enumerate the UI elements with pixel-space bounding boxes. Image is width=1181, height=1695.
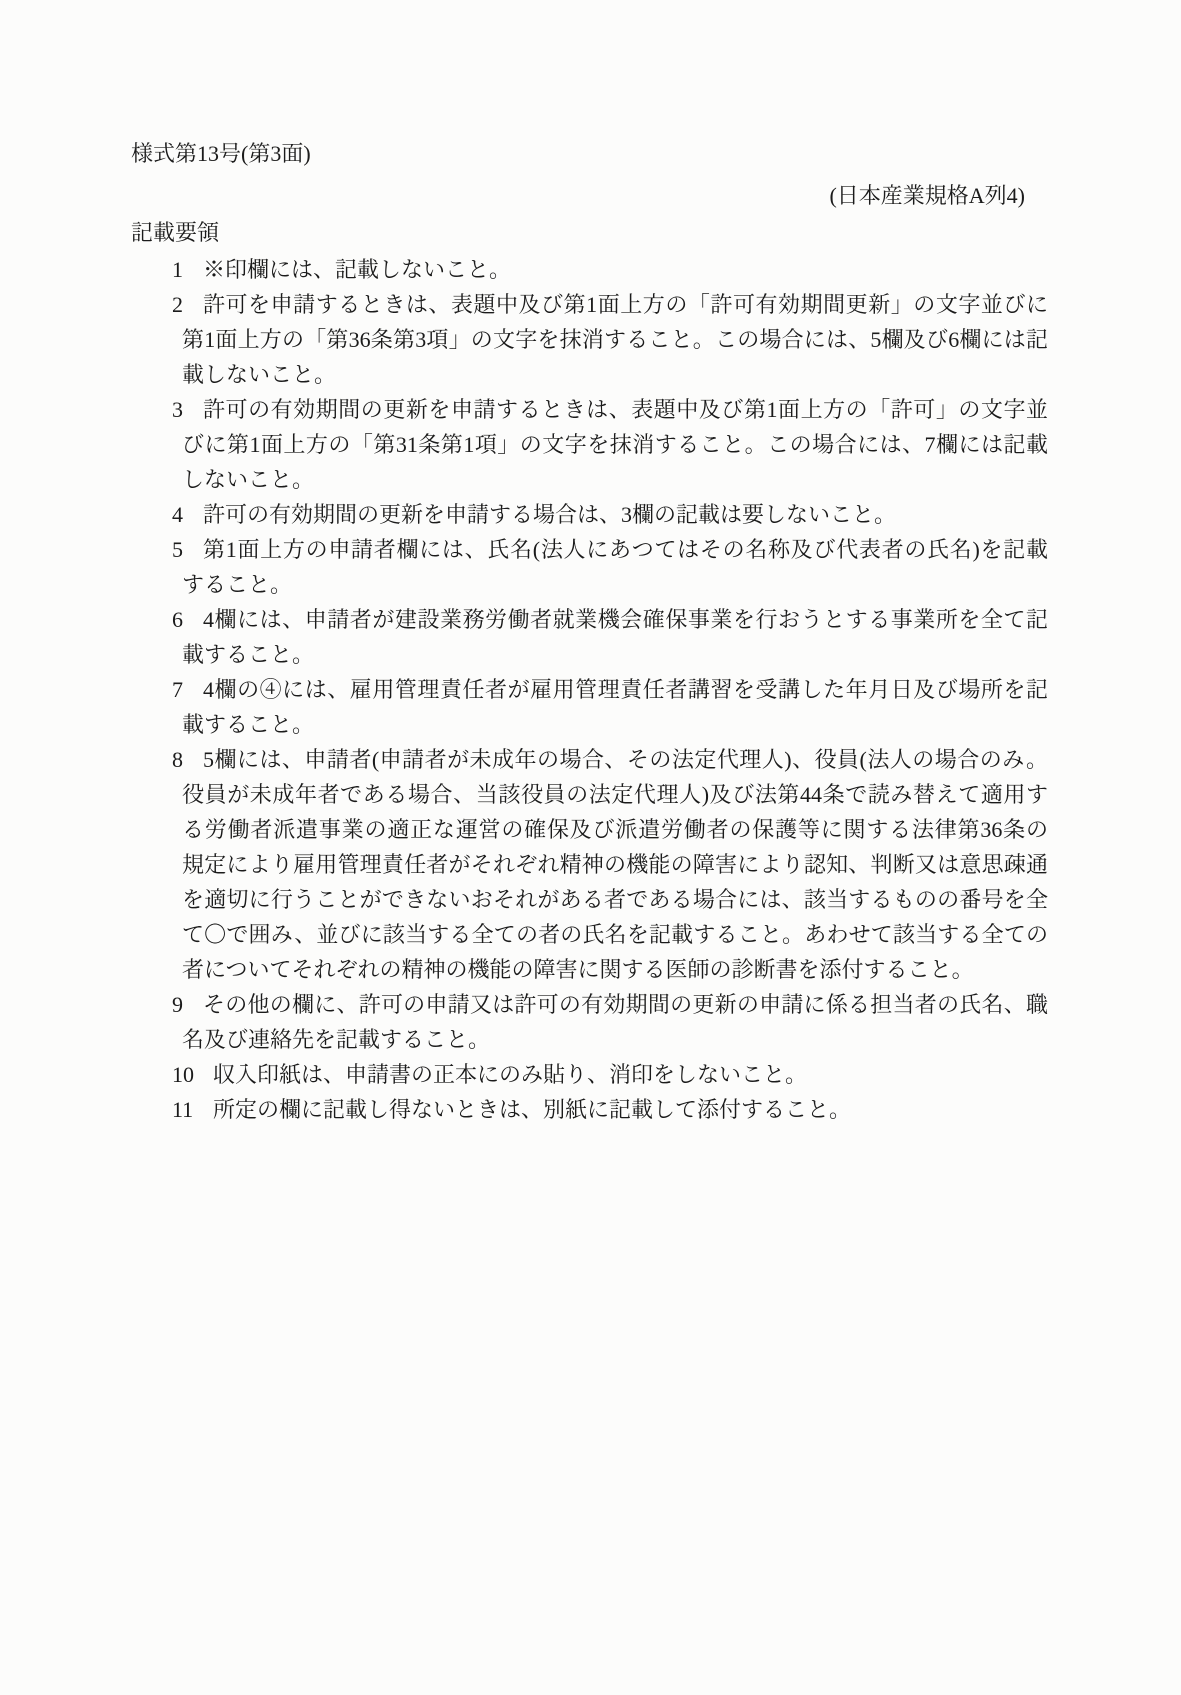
item-text-continuation: を適切に行うことができないおそれがある者である場合には、該当するものの番号を全 bbox=[182, 882, 1048, 917]
item-text-continuation: 規定により雇用管理責任者がそれぞれ精神の機能の障害により認知、判断又は意思疎通 bbox=[182, 847, 1048, 882]
item-text-continuation: 者についてそれぞれの精神の機能の障害に関する医師の診断書を添付すること。 bbox=[182, 952, 1048, 987]
item-text: 第1面上方の申請者欄には、氏名(法人にあつてはその名称及び代表者の氏名)を記載 bbox=[203, 532, 1048, 567]
item-text-continuation: 名及び連絡先を記載すること。 bbox=[182, 1022, 1048, 1057]
instruction-list: 1※印欄には、記載しないこと。 2許可を申請するときは、表題中及び第1面上方の「… bbox=[131, 252, 1048, 1127]
instruction-item-9: 9その他の欄に、許可の申請又は許可の有効期間の更新の申請に係る担当者の氏名、職 bbox=[172, 987, 1048, 1022]
item-text: 収入印紙は、申請書の正本にのみ貼り、消印をしないこと。 bbox=[213, 1057, 807, 1092]
item-text-continuation: しないこと。 bbox=[182, 462, 1048, 497]
instruction-item-7: 74欄の④には、雇用管理責任者が雇用管理責任者講習を受講した年月日及び場所を記 bbox=[172, 672, 1048, 707]
item-number: 5 bbox=[172, 532, 203, 567]
item-text-continuation: て〇で囲み、並びに該当する全ての者の氏名を記載すること。あわせて該当する全ての bbox=[182, 917, 1048, 952]
instruction-item-8: 85欄には、申請者(申請者が未成年の場合、その法定代理人)、役員(法人の場合のみ… bbox=[172, 742, 1048, 777]
item-text: その他の欄に、許可の申請又は許可の有効期間の更新の申請に係る担当者の氏名、職 bbox=[203, 987, 1048, 1022]
document-page: 様式第13号(第3面) (日本産業規格A列4) 記載要領 1※印欄には、記載しな… bbox=[0, 0, 1181, 1695]
item-number: 9 bbox=[172, 987, 203, 1022]
item-text-continuation: 第1面上方の「第36条第3項」の文字を抹消すること。この場合には、5欄及び6欄に… bbox=[182, 322, 1048, 357]
item-number: 2 bbox=[172, 287, 203, 322]
instruction-item-10: 10収入印紙は、申請書の正本にのみ貼り、消印をしないこと。 bbox=[172, 1057, 1048, 1092]
item-number: 6 bbox=[172, 602, 203, 637]
item-text: 4欄の④には、雇用管理責任者が雇用管理責任者講習を受講した年月日及び場所を記 bbox=[203, 672, 1048, 707]
instruction-item-3: 3許可の有効期間の更新を申請するときは、表題中及び第1面上方の「許可」の文字並 bbox=[172, 392, 1048, 427]
instruction-item-2: 2許可を申請するときは、表題中及び第1面上方の「許可有効期間更新」の文字並びに bbox=[172, 287, 1048, 322]
item-text-continuation: 載しないこと。 bbox=[182, 357, 1048, 392]
item-text: 許可を申請するときは、表題中及び第1面上方の「許可有効期間更新」の文字並びに bbox=[203, 287, 1048, 322]
item-text-continuation: すること。 bbox=[182, 567, 1048, 602]
instruction-item-4: 4許可の有効期間の更新を申請する場合は、3欄の記載は要しないこと。 bbox=[172, 497, 1048, 532]
item-text-continuation: びに第1面上方の「第31条第1項」の文字を抹消すること。この場合には、7欄には記… bbox=[182, 427, 1048, 462]
item-text: 許可の有効期間の更新を申請するときは、表題中及び第1面上方の「許可」の文字並 bbox=[203, 392, 1048, 427]
item-number: 7 bbox=[172, 672, 203, 707]
instruction-item-1: 1※印欄には、記載しないこと。 bbox=[172, 252, 1048, 287]
item-text-continuation: 役員が未成年者である場合、当該役員の法定代理人)及び法第44条で読み替えて適用す bbox=[182, 777, 1048, 812]
item-text-continuation: 載すること。 bbox=[182, 637, 1048, 672]
item-text-continuation: 載すること。 bbox=[182, 707, 1048, 742]
item-number: 8 bbox=[172, 742, 203, 777]
item-text-continuation: る労働者派遣事業の適正な運営の確保及び派遣労働者の保護等に関する法律第36条の bbox=[182, 812, 1048, 847]
item-text: 所定の欄に記載し得ないときは、別紙に記載して添付すること。 bbox=[213, 1092, 851, 1127]
item-number: 4 bbox=[172, 497, 203, 532]
item-text: 4欄には、申請者が建設業務労働者就業機会確保事業を行おうとする事業所を全て記 bbox=[203, 602, 1048, 637]
instruction-item-11: 11所定の欄に記載し得ないときは、別紙に記載して添付すること。 bbox=[172, 1092, 1048, 1127]
form-number: 様式第13号(第3面) bbox=[131, 136, 1048, 171]
item-number: 3 bbox=[172, 392, 203, 427]
item-text: 5欄には、申請者(申請者が未成年の場合、その法定代理人)、役員(法人の場合のみ。 bbox=[203, 742, 1048, 777]
item-number: 10 bbox=[172, 1057, 213, 1092]
instruction-item-5: 5第1面上方の申請者欄には、氏名(法人にあつてはその名称及び代表者の氏名)を記載 bbox=[172, 532, 1048, 567]
section-title: 記載要領 bbox=[131, 215, 1048, 250]
instruction-item-6: 64欄には、申請者が建設業務労働者就業機会確保事業を行おうとする事業所を全て記 bbox=[172, 602, 1048, 637]
item-text: 許可の有効期間の更新を申請する場合は、3欄の記載は要しないこと。 bbox=[203, 497, 896, 532]
item-number: 11 bbox=[172, 1092, 213, 1127]
jis-standard-label: (日本産業規格A列4) bbox=[131, 178, 1048, 213]
item-text: ※印欄には、記載しないこと。 bbox=[203, 252, 511, 287]
item-number: 1 bbox=[172, 252, 203, 287]
